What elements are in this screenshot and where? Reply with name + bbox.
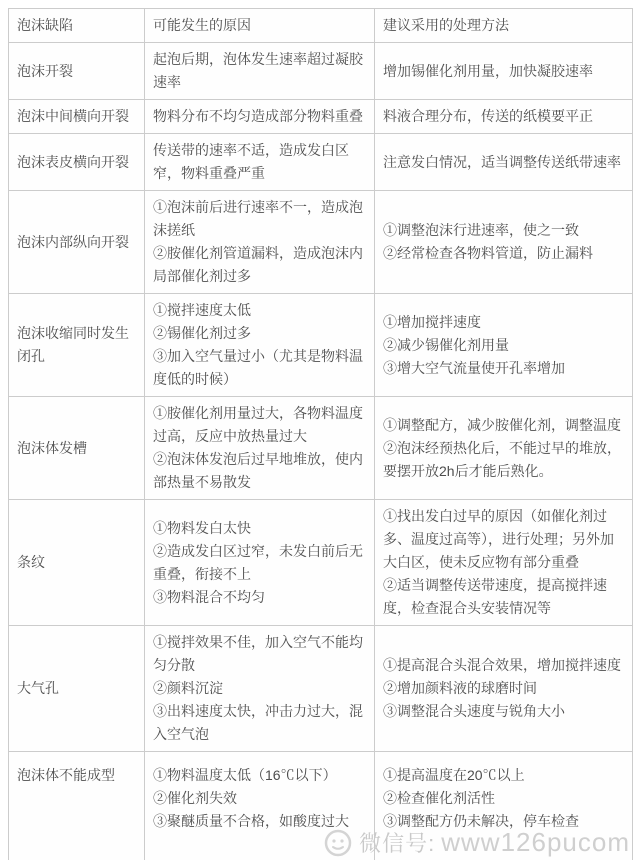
solution-item: ①提高温度在20℃以上 xyxy=(383,764,624,787)
cause-item: ②泡沫体发泡后过早地堆放，使内部热量不易散发 xyxy=(153,448,366,494)
solution-item: ①增加搅拌速度 xyxy=(383,311,624,334)
table-row: 泡沫内部纵向开裂①泡沫前后进行速率不一，造成泡沫搓纸②胺催化剂管道漏料，造成泡沫… xyxy=(9,191,633,294)
causes-cell: ①搅拌效果不佳，加入空气不能均匀分散②颜料沉淀③出料速度太快，冲击力过大，混入空… xyxy=(145,626,375,752)
table-header-row: 泡沫缺陷 可能发生的原因 建议采用的处理方法 xyxy=(9,9,633,43)
defect-cell: 泡沫内部纵向开裂 xyxy=(9,191,145,294)
table-row: 泡沫中间横向开裂物料分布不均匀造成部分物料重叠料液合理分布，传送的纸模要平正 xyxy=(9,100,633,134)
cause-item: ①物料温度太低（16℃以下） xyxy=(153,764,366,787)
cause-item: 传送带的速率不适，造成发白区窄，物料重叠严重 xyxy=(153,139,366,185)
causes-cell: ①胺催化剂用量过大，各物料温度过高，反应中放热量过大②泡沫体发泡后过早地堆放，使… xyxy=(145,397,375,500)
solution-item: ①调整配方，减少胺催化剂，调整温度 xyxy=(383,414,624,437)
cause-item: 起泡后期，泡体发生速率超过凝胶速率 xyxy=(153,48,366,94)
solutions-cell: ①找出发白过早的原因（如催化剂过多、温度过高等），进行处理；另外加大白区，使未反… xyxy=(375,500,633,626)
solutions-cell: 增加锡催化剂用量，加快凝胶速率 xyxy=(375,43,633,100)
table-body: 泡沫开裂起泡后期，泡体发生速率超过凝胶速率增加锡催化剂用量，加快凝胶速率泡沫中间… xyxy=(9,43,633,860)
defect-cell: 大气孔 xyxy=(9,626,145,752)
cause-item: ③加入空气量过小（尤其是物料温度低的时候） xyxy=(153,345,366,391)
cause-item: ①物料发白太快 xyxy=(153,517,366,540)
table-row: 泡沫体发槽①胺催化剂用量过大，各物料温度过高，反应中放热量过大②泡沫体发泡后过早… xyxy=(9,397,633,500)
solutions-cell: ①调整泡沫行进速率，使之一致②经常检查各物料管道，防止漏料 xyxy=(375,191,633,294)
solutions-cell: 注意发白情况，适当调整传送纸带速率 xyxy=(375,134,633,191)
defect-cell: 条纹 xyxy=(9,500,145,626)
table-row: 泡沫表皮横向开裂传送带的速率不适，造成发白区窄，物料重叠严重注意发白情况，适当调… xyxy=(9,134,633,191)
causes-cell: 物料分布不均匀造成部分物料重叠 xyxy=(145,100,375,134)
cause-item: ②催化剂失效 xyxy=(153,787,366,810)
causes-cell: ①泡沫前后进行速率不一，造成泡沫搓纸②胺催化剂管道漏料，造成泡沫内局部催化剂过多 xyxy=(145,191,375,294)
cause-item: ③物料混合不均匀 xyxy=(153,586,366,609)
col-header-defect: 泡沫缺陷 xyxy=(9,9,145,43)
solution-item: ②适当调整传送带速度，提高搅拌速度，检查混合头安装情况等 xyxy=(383,574,624,620)
defect-cell: 泡沫体不能成型 xyxy=(9,752,145,860)
cause-item: ②锡催化剂过多 xyxy=(153,322,366,345)
solution-item: ③增大空气流量使开孔率增加 xyxy=(383,357,624,380)
table-row: 条纹①物料发白太快②造成发白区过窄，未发白前后无重叠，衔接不上③物料混合不均匀①… xyxy=(9,500,633,626)
solution-item: ①提高混合头混合效果，增加搅拌速度 xyxy=(383,654,624,677)
table-row: 泡沫体不能成型①物料温度太低（16℃以下）②催化剂失效③聚醚质量不合格，如酸度过… xyxy=(9,752,633,860)
cause-item: ①搅拌效果不佳，加入空气不能均匀分散 xyxy=(153,631,366,677)
cause-item: 物料分布不均匀造成部分物料重叠 xyxy=(153,105,366,128)
col-header-causes: 可能发生的原因 xyxy=(145,9,375,43)
defect-cell: 泡沫表皮横向开裂 xyxy=(9,134,145,191)
foam-defects-table: 泡沫缺陷 可能发生的原因 建议采用的处理方法 泡沫开裂起泡后期，泡体发生速率超过… xyxy=(8,8,633,860)
solution-item: ②泡沫经预热化后，不能过早的堆放，要摆开放2h后才能后熟化。 xyxy=(383,437,624,483)
causes-cell: ①搅拌速度太低②锡催化剂过多③加入空气量过小（尤其是物料温度低的时候） xyxy=(145,294,375,397)
table-row: 大气孔①搅拌效果不佳，加入空气不能均匀分散②颜料沉淀③出料速度太快，冲击力过大，… xyxy=(9,626,633,752)
page: 泡沫缺陷 可能发生的原因 建议采用的处理方法 泡沫开裂起泡后期，泡体发生速率超过… xyxy=(0,8,640,860)
solution-item: ③调整配方仍未解决，停车检查 xyxy=(383,810,624,833)
causes-cell: ①物料发白太快②造成发白区过窄，未发白前后无重叠，衔接不上③物料混合不均匀 xyxy=(145,500,375,626)
solution-item: 增加锡催化剂用量，加快凝胶速率 xyxy=(383,60,624,83)
cause-item: ②造成发白区过窄，未发白前后无重叠，衔接不上 xyxy=(153,540,366,586)
causes-cell: ①物料温度太低（16℃以下）②催化剂失效③聚醚质量不合格，如酸度过大 xyxy=(145,752,375,860)
cause-item: ②颜料沉淀 xyxy=(153,677,366,700)
cause-item: ②胺催化剂管道漏料，造成泡沫内局部催化剂过多 xyxy=(153,242,366,288)
solutions-cell: ①提高混合头混合效果，增加搅拌速度②增加颜料液的球磨时间③调整混合头速度与锐角大… xyxy=(375,626,633,752)
solution-item: ②减少锡催化剂用量 xyxy=(383,334,624,357)
solution-item: ③调整混合头速度与锐角大小 xyxy=(383,700,624,723)
cause-item: ③出料速度太快，冲击力过大，混入空气泡 xyxy=(153,700,366,746)
causes-cell: 传送带的速率不适，造成发白区窄，物料重叠严重 xyxy=(145,134,375,191)
table-row: 泡沫开裂起泡后期，泡体发生速率超过凝胶速率增加锡催化剂用量，加快凝胶速率 xyxy=(9,43,633,100)
solutions-cell: 料液合理分布，传送的纸模要平正 xyxy=(375,100,633,134)
solution-item: ②经常检查各物料管道，防止漏料 xyxy=(383,242,624,265)
defect-cell: 泡沫收缩同时发生闭孔 xyxy=(9,294,145,397)
solution-item: ②检查催化剂活性 xyxy=(383,787,624,810)
solution-item: ①找出发白过早的原因（如催化剂过多、温度过高等），进行处理；另外加大白区，使未反… xyxy=(383,505,624,574)
solutions-cell: ①调整配方，减少胺催化剂，调整温度②泡沫经预热化后，不能过早的堆放，要摆开放2h… xyxy=(375,397,633,500)
defect-cell: 泡沫体发槽 xyxy=(9,397,145,500)
col-header-solutions: 建议采用的处理方法 xyxy=(375,9,633,43)
defect-cell: 泡沫中间横向开裂 xyxy=(9,100,145,134)
solution-item: 注意发白情况，适当调整传送纸带速率 xyxy=(383,151,624,174)
solutions-cell: ①提高温度在20℃以上②检查催化剂活性③调整配方仍未解决，停车检查 xyxy=(375,752,633,860)
cause-item: ③聚醚质量不合格，如酸度过大 xyxy=(153,810,366,833)
table-row: 泡沫收缩同时发生闭孔①搅拌速度太低②锡催化剂过多③加入空气量过小（尤其是物料温度… xyxy=(9,294,633,397)
solutions-cell: ①增加搅拌速度②减少锡催化剂用量③增大空气流量使开孔率增加 xyxy=(375,294,633,397)
solution-item: 料液合理分布，传送的纸模要平正 xyxy=(383,105,624,128)
cause-item: ①胺催化剂用量过大，各物料温度过高，反应中放热量过大 xyxy=(153,402,366,448)
solution-item: ①调整泡沫行进速率，使之一致 xyxy=(383,219,624,242)
solution-item: ②增加颜料液的球磨时间 xyxy=(383,677,624,700)
cause-item: ①泡沫前后进行速率不一，造成泡沫搓纸 xyxy=(153,196,366,242)
cause-item: ①搅拌速度太低 xyxy=(153,299,366,322)
defect-cell: 泡沫开裂 xyxy=(9,43,145,100)
causes-cell: 起泡后期，泡体发生速率超过凝胶速率 xyxy=(145,43,375,100)
